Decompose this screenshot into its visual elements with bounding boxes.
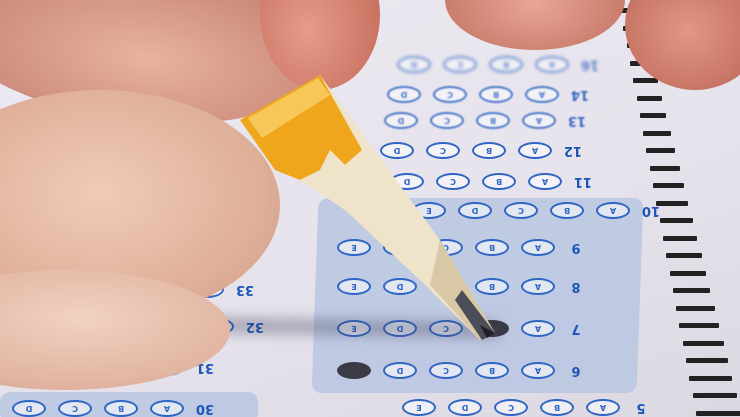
question-number: 14 bbox=[569, 87, 591, 102]
answer-bubble-c[interactable]: C bbox=[430, 112, 464, 129]
timing-mark bbox=[693, 393, 737, 398]
answer-row-q13: 13ABCD bbox=[372, 112, 588, 129]
answer-bubble-d[interactable]: D bbox=[383, 278, 417, 295]
answer-row-q8: 8ABCDE bbox=[325, 278, 587, 295]
question-number: 7 bbox=[565, 321, 587, 336]
answer-bubble-a[interactable]: A bbox=[522, 112, 556, 129]
question-number: 13 bbox=[566, 113, 588, 128]
answer-bubble-e[interactable]: E bbox=[402, 399, 436, 416]
question-number: 11 bbox=[572, 174, 594, 189]
answer-bubble-d[interactable]: D bbox=[397, 56, 431, 73]
answer-bubble-c[interactable]: C bbox=[443, 56, 477, 73]
answer-bubble-d[interactable]: D bbox=[383, 239, 417, 256]
answer-bubble-b[interactable]: B bbox=[475, 362, 509, 379]
timing-mark bbox=[643, 131, 671, 136]
question-number: 8 bbox=[565, 279, 587, 294]
answer-bubble-c[interactable]: C bbox=[436, 173, 470, 190]
timing-mark bbox=[653, 183, 684, 188]
timing-mark bbox=[679, 323, 719, 328]
timing-mark bbox=[633, 78, 657, 83]
answer-bubble-a[interactable]: A bbox=[521, 278, 555, 295]
answer-bubble-b[interactable]: B bbox=[472, 142, 506, 159]
answer-bubble-e[interactable]: E bbox=[337, 239, 371, 256]
timing-mark bbox=[650, 166, 680, 171]
timing-mark bbox=[663, 236, 697, 241]
timing-mark bbox=[686, 358, 728, 363]
answer-bubble-e[interactable]: E bbox=[337, 278, 371, 295]
timing-mark bbox=[696, 411, 740, 416]
question-number: 30 bbox=[194, 401, 216, 416]
answer-bubble-d[interactable]: D bbox=[448, 399, 482, 416]
answer-bubble-c[interactable]: C bbox=[504, 202, 538, 219]
answer-row-q30: 30ABCD bbox=[0, 400, 216, 417]
question-number: 6 bbox=[565, 363, 587, 378]
answer-row-q14: 14ABCD bbox=[375, 86, 591, 103]
question-number: 5 bbox=[630, 400, 652, 415]
answer-bubble-d[interactable]: D bbox=[383, 362, 417, 379]
answer-row-q10: 10ABCDE bbox=[400, 202, 662, 219]
timing-mark bbox=[676, 306, 715, 311]
answer-bubble-a[interactable]: A bbox=[518, 142, 552, 159]
answer-bubble-a[interactable]: A bbox=[525, 86, 559, 103]
answer-bubble-b[interactable]: B bbox=[482, 173, 516, 190]
answer-row-q12: 12ABCD bbox=[368, 142, 584, 159]
timing-mark bbox=[670, 271, 707, 276]
timing-mark bbox=[666, 253, 701, 258]
answer-bubble-c[interactable]: C bbox=[429, 278, 463, 295]
answer-bubble-d[interactable]: D bbox=[12, 400, 46, 417]
answer-bubble-b[interactable]: B bbox=[479, 86, 513, 103]
answer-bubble-b[interactable]: B bbox=[540, 399, 574, 416]
answer-bubble-d[interactable]: D bbox=[390, 173, 424, 190]
answer-bubble-c[interactable]: C bbox=[429, 239, 463, 256]
answer-bubble-b[interactable]: B bbox=[475, 278, 509, 295]
answer-bubble-e[interactable] bbox=[337, 362, 371, 379]
answer-bubble-b[interactable]: B bbox=[476, 112, 510, 129]
answer-bubble-b[interactable]: B bbox=[489, 56, 523, 73]
answer-bubble-a[interactable]: A bbox=[150, 400, 184, 417]
timing-mark bbox=[646, 148, 675, 153]
question-number: 16 bbox=[579, 57, 601, 72]
timing-mark bbox=[637, 96, 663, 101]
answer-bubble-a[interactable]: A bbox=[586, 399, 620, 416]
question-number: 10 bbox=[640, 203, 662, 218]
answer-bubble-a[interactable]: A bbox=[521, 362, 555, 379]
answer-bubble-d[interactable]: D bbox=[387, 86, 421, 103]
answer-row-q9: 9ABCDE bbox=[325, 239, 587, 256]
answer-row-q11: 11ABCD bbox=[378, 173, 594, 190]
answer-bubble-a[interactable]: A bbox=[521, 239, 555, 256]
answer-bubble-a[interactable]: A bbox=[596, 202, 630, 219]
answer-bubble-c[interactable]: C bbox=[494, 399, 528, 416]
timing-mark bbox=[683, 341, 724, 346]
answer-bubble-b[interactable]: B bbox=[475, 239, 509, 256]
answer-bubble-b[interactable]: B bbox=[104, 400, 138, 417]
answer-bubble-c[interactable]: C bbox=[429, 362, 463, 379]
question-number: 12 bbox=[562, 143, 584, 158]
answer-bubble-e[interactable]: E bbox=[412, 202, 446, 219]
timing-mark bbox=[640, 113, 667, 118]
answer-bubble-d[interactable]: D bbox=[380, 142, 414, 159]
answer-bubble-d[interactable]: D bbox=[458, 202, 492, 219]
answer-row-q16: 16ABCD bbox=[385, 56, 601, 73]
answer-row-q6: 6ABCD bbox=[325, 362, 587, 379]
question-number: 9 bbox=[565, 240, 587, 255]
answer-bubble-a[interactable]: A bbox=[535, 56, 569, 73]
photo-scene: 16ABCD14ABCD13ABCD12ABCD11ABCD10ABCDE9AB… bbox=[0, 0, 740, 417]
answer-bubble-b[interactable]: B bbox=[550, 202, 584, 219]
answer-bubble-c[interactable]: C bbox=[433, 86, 467, 103]
answer-bubble-a[interactable]: A bbox=[521, 320, 555, 337]
answer-row-q5: 5ABCDE bbox=[390, 399, 652, 416]
timing-mark bbox=[673, 288, 711, 293]
timing-mark bbox=[689, 376, 732, 381]
question-number: 33 bbox=[234, 282, 256, 297]
answer-bubble-c[interactable]: C bbox=[426, 142, 460, 159]
answer-bubble-a[interactable]: A bbox=[528, 173, 562, 190]
answer-bubble-d[interactable]: D bbox=[384, 112, 418, 129]
timing-mark bbox=[660, 218, 693, 223]
answer-bubble-c[interactable]: C bbox=[58, 400, 92, 417]
